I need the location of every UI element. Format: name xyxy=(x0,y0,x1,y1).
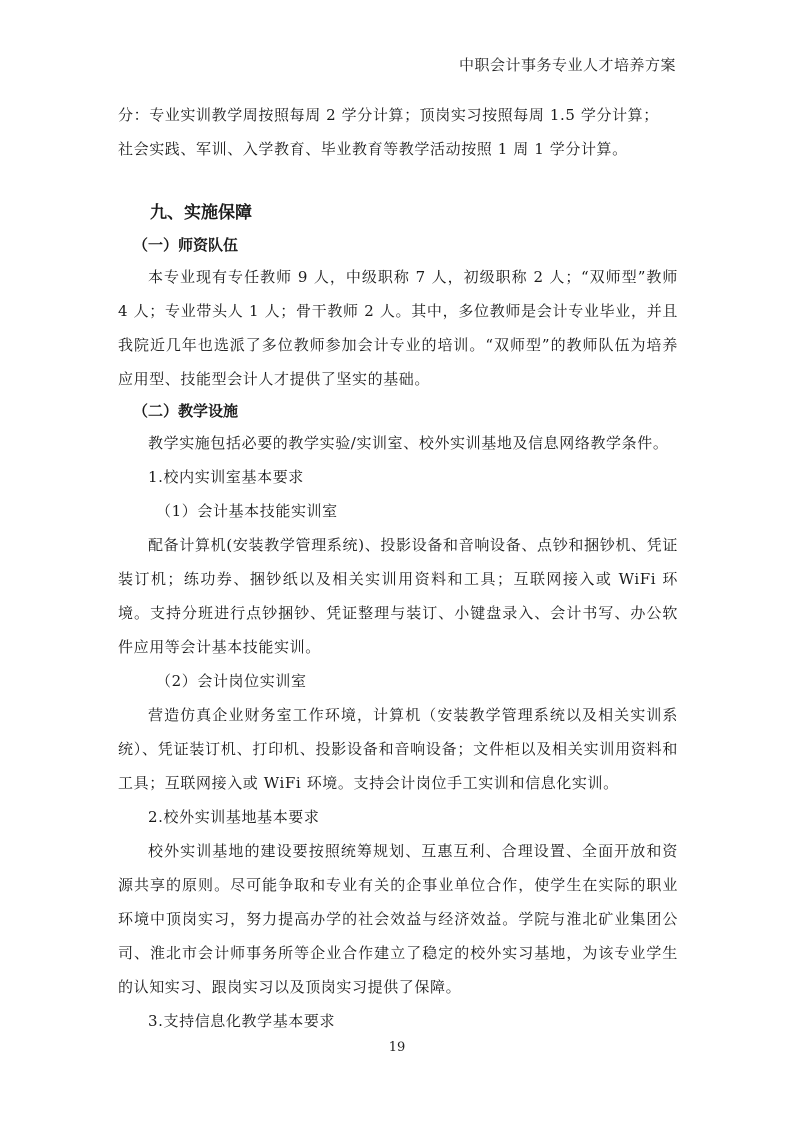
subsection-heading-faculty: （一）师资队伍 xyxy=(118,230,678,260)
offcampus-paragraph: 校外实训基地的建设要按照统筹规划、互惠互利、合理设置、全面开放和资源共享的原则。… xyxy=(118,834,678,1004)
running-header: 中职会计事务专业人才培养方案 xyxy=(459,54,676,75)
room-heading-basic-skills: （1）会计基本技能实训室 xyxy=(118,494,678,528)
room-paragraph-positions: 营造仿真企业财务室工作环境，计算机（安装教学管理系统以及相关实训系统）、凭证装订… xyxy=(118,698,678,800)
page-number: 19 xyxy=(0,1040,794,1055)
item-heading-oncampus: 1.校内实训室基本要求 xyxy=(118,460,678,494)
intro-line-1: 分：专业实训教学周按照每周 2 学分计算；顶岗实习按照每周 1.5 学分计算； xyxy=(118,98,678,132)
page-body: 分：专业实训教学周按照每周 2 学分计算；顶岗实习按照每周 1.5 学分计算； … xyxy=(118,98,678,1038)
room-paragraph-basic-skills: 配备计算机(安装教学管理系统)、投影设备和音响设备、点钞和捆钞机、凭证装订机；练… xyxy=(118,528,678,664)
faculty-paragraph: 本专业现有专任教师 9 人，中级职称 7 人，初级职称 2 人；“双师型”教师 … xyxy=(118,260,678,396)
intro-line-2: 社会实践、军训、入学教育、毕业教育等教学活动按照 1 周 1 学分计算。 xyxy=(118,132,678,166)
room-heading-positions: （2）会计岗位实训室 xyxy=(118,664,678,698)
item-heading-it-teaching: 3.支持信息化教学基本要求 xyxy=(118,1004,678,1038)
spacer xyxy=(118,166,678,196)
facilities-paragraph: 教学实施包括必要的教学实验/实训室、校外实训基地及信息网络教学条件。 xyxy=(118,426,678,460)
section-heading-9: 九、实施保障 xyxy=(118,196,678,230)
subsection-heading-facilities: （二）教学设施 xyxy=(118,396,678,426)
item-heading-offcampus: 2.校外实训基地基本要求 xyxy=(118,800,678,834)
